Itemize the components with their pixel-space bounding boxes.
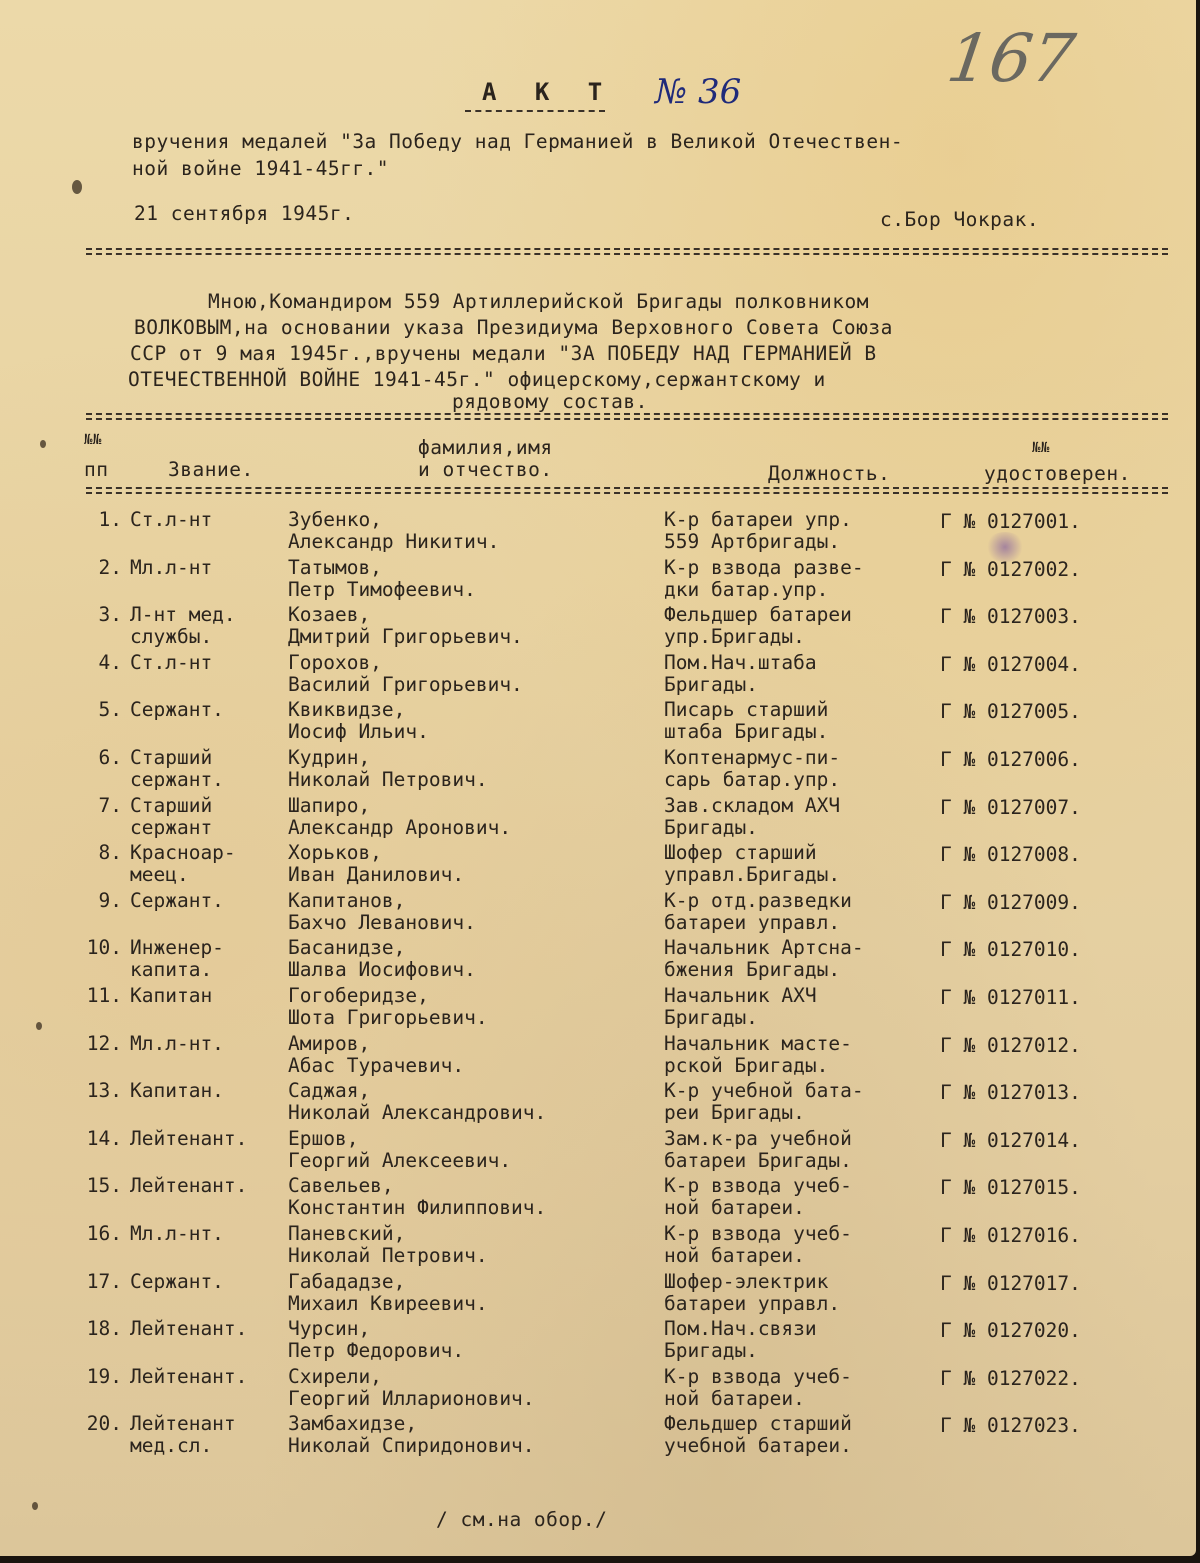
given-names: Николай Александрович. — [288, 1101, 546, 1125]
certificate-number: Г № 0127011. — [940, 986, 1081, 1010]
row-number: 20. — [80, 1412, 122, 1436]
rank-line-1: Сержант. — [130, 1270, 224, 1294]
position-line-2: Бригады. — [664, 1006, 758, 1030]
ink-stamp-mark — [985, 532, 1025, 562]
punch-mark — [72, 180, 82, 194]
row-number: 1. — [80, 508, 122, 532]
table-row: 9.Сержант.Капитанов,Бахчо Леванович.К-р … — [0, 889, 1196, 937]
divider — [86, 413, 1168, 415]
row-number: 15. — [80, 1174, 122, 1198]
table-row: 4.Ст.л-нтГорохов,Василий Григорьевич.Пом… — [0, 651, 1196, 699]
given-names: Иван Данилович. — [288, 863, 464, 887]
row-number: 17. — [80, 1270, 122, 1294]
position-line-1: К-р взвода учеб- — [664, 1365, 852, 1389]
table-row: 14.Лейтенант.Ершов,Георгий Алексеевич.За… — [0, 1127, 1196, 1175]
row-number: 4. — [80, 651, 122, 675]
given-names: Абас Турачевич. — [288, 1054, 464, 1078]
given-names: Николай Петрович. — [288, 768, 488, 792]
surname: Квиквидзе, — [288, 698, 405, 722]
row-number: 3. — [80, 603, 122, 627]
certificate-number: Г № 0127008. — [940, 843, 1081, 867]
position-line-2: реи Бригады. — [664, 1101, 805, 1125]
row-number: 5. — [80, 698, 122, 722]
body-line: рядовому состав. — [452, 390, 648, 413]
table-row: 3.Л-нт мед.службы.Козаев,Дмитрий Григорь… — [0, 603, 1196, 651]
position-line-1: Коптенармус-пи- — [664, 746, 840, 770]
surname: Капитанов, — [288, 889, 405, 913]
rank-line-1: Лейтенант — [130, 1412, 236, 1436]
position-line-1: Шофер старший — [664, 841, 817, 865]
position-line-2: батареи управл. — [664, 911, 840, 935]
body-line: Мною,Командиром 559 Артиллерийской Брига… — [208, 290, 869, 313]
table-row: 11.КапитанГогоберидзе,Шота Григорьевич.Н… — [0, 984, 1196, 1032]
rank-line-1: Красноар- — [130, 841, 236, 865]
given-names: Георгий Илларионович. — [288, 1387, 535, 1411]
position-line-2: штаба Бригады. — [664, 720, 828, 744]
rank-line-2: сержант. — [130, 768, 224, 792]
certificate-number: Г № 0127004. — [940, 653, 1081, 677]
position-line-1: К-р учебной бата- — [664, 1079, 864, 1103]
position-line-2: упр.Бригады. — [664, 625, 805, 649]
rank-line-1: Лейтенант. — [130, 1317, 247, 1341]
position-line-1: К-р батареи упр. — [664, 508, 852, 532]
rank-line-1: Лейтенант. — [130, 1365, 247, 1389]
row-number: 12. — [80, 1032, 122, 1056]
given-names: Дмитрий Григорьевич. — [288, 625, 523, 649]
divider — [86, 487, 1168, 489]
body-line: ССР от 9 мая 1945г.,вручены медали "ЗА П… — [130, 342, 877, 365]
document-sheet: 167 А К Т № 36 вручения медалей "За Побе… — [0, 0, 1196, 1556]
row-number: 14. — [80, 1127, 122, 1151]
given-names: Константин Филиппович. — [288, 1196, 546, 1220]
document-place: с.Бор Чокрак. — [880, 208, 1039, 231]
position-line-1: Начальник Артсна- — [664, 936, 864, 960]
table-row: 13.Капитан.Саджая,Николай Александрович.… — [0, 1079, 1196, 1127]
given-names: Михаил Квиреевич. — [288, 1292, 488, 1316]
certificate-number: Г № 0127005. — [940, 700, 1081, 724]
row-number: 9. — [80, 889, 122, 913]
position-line-1: Писарь старший — [664, 698, 828, 722]
rank-line-1: Старший — [130, 746, 212, 770]
rank-line-2: мед.сл. — [130, 1434, 212, 1458]
rank-line-1: Мл.л-нт. — [130, 1222, 224, 1246]
position-line-2: ной батареи. — [664, 1196, 805, 1220]
certificate-number: Г № 0127013. — [940, 1081, 1081, 1105]
given-names: Георгий Алексеевич. — [288, 1149, 511, 1173]
given-names: Александр Никитич. — [288, 530, 499, 554]
surname: Габададзе, — [288, 1270, 405, 1294]
position-line-1: Начальник масте- — [664, 1032, 852, 1056]
table-row: 7.СтаршийсержантШапиро,Александр Аронови… — [0, 794, 1196, 842]
given-names: Василий Григорьевич. — [288, 673, 523, 697]
certificate-number: Г № 0127006. — [940, 748, 1081, 772]
header-num-bottom: пп — [84, 458, 108, 481]
given-names: Иосиф Ильич. — [288, 720, 429, 744]
position-line-2: батареи управл. — [664, 1292, 840, 1316]
given-names: Петр Тимофеевич. — [288, 578, 476, 602]
certificate-number: Г № 0127015. — [940, 1176, 1081, 1200]
table-row: 5.Сержант.Квиквидзе,Иосиф Ильич.Писарь с… — [0, 698, 1196, 746]
table-row: 19.Лейтенант.Схирели,Георгий Илларионови… — [0, 1365, 1196, 1413]
table-row: 10.Инженер-капита.Басанидзе,Шалва Иосифо… — [0, 936, 1196, 984]
surname: Шапиро, — [288, 794, 370, 818]
row-number: 7. — [80, 794, 122, 818]
rank-line-1: Сержант. — [130, 889, 224, 913]
certificate-number: Г № 0127007. — [940, 796, 1081, 820]
table-row: 8.Красноар-меец.Хорьков,Иван Данилович.Ш… — [0, 841, 1196, 889]
rank-line-2: меец. — [130, 863, 189, 887]
table-row: 2.Мл.л-нтТатымов,Петр Тимофеевич.К-р взв… — [0, 556, 1196, 604]
surname: Зубенко, — [288, 508, 382, 532]
certificate-number: Г № 0127014. — [940, 1129, 1081, 1153]
table-row: 20.Лейтенантмед.сл.Замбахидзе,Николай Сп… — [0, 1412, 1196, 1460]
position-line-2: бжения Бригады. — [664, 958, 840, 982]
position-line-2: Бригады. — [664, 673, 758, 697]
surname: Татымов, — [288, 556, 382, 580]
position-line-1: Начальник АХЧ — [664, 984, 817, 1008]
given-names: Александр Аронович. — [288, 816, 511, 840]
rank-line-1: Ст.л-нт — [130, 651, 212, 675]
table-row: 12.Мл.л-нт.Амиров,Абас Турачевич.Начальн… — [0, 1032, 1196, 1080]
certificate-number: Г № 0127001. — [940, 510, 1081, 534]
certificate-number: Г № 0127012. — [940, 1034, 1081, 1058]
body-line: ВОЛКОВЫМ,на основании указа Президиума В… — [134, 316, 893, 339]
punch-mark — [40, 440, 46, 448]
surname: Ершов, — [288, 1127, 358, 1151]
certificate-number: Г № 0127023. — [940, 1414, 1081, 1438]
position-line-1: Зам.к-ра учебной — [664, 1127, 852, 1151]
table-row: 16.Мл.л-нт.Паневский,Николай Петрович.К-… — [0, 1222, 1196, 1270]
row-number: 18. — [80, 1317, 122, 1341]
rank-line-1: Старший — [130, 794, 212, 818]
given-names: Николай Петрович. — [288, 1244, 488, 1268]
given-names: Николай Спиридонович. — [288, 1434, 535, 1458]
given-names: Петр Федорович. — [288, 1339, 464, 1363]
rank-line-1: Капитан — [130, 984, 212, 1008]
surname: Горохов, — [288, 651, 382, 675]
rank-line-2: капита. — [130, 958, 212, 982]
rank-line-1: Мл.л-нт. — [130, 1032, 224, 1056]
act-number-handwritten: № 36 — [655, 72, 741, 112]
row-number: 6. — [80, 746, 122, 770]
header-cert-bottom: удостоверен. — [984, 462, 1131, 485]
surname: Паневский, — [288, 1222, 405, 1246]
header-name-top: фамилия,имя — [418, 436, 553, 459]
certificate-number: Г № 0127010. — [940, 938, 1081, 962]
body-line: ОТЕЧЕСТВЕННОЙ ВОЙНЕ 1941-45г." офицерско… — [128, 368, 826, 391]
position-line-2: учебной батареи. — [664, 1434, 852, 1458]
rank-line-1: Сержант. — [130, 698, 224, 722]
surname: Козаев, — [288, 603, 370, 627]
position-line-2: сарь батар.упр. — [664, 768, 840, 792]
given-names: Бахчо Леванович. — [288, 911, 476, 935]
surname: Саджая, — [288, 1079, 370, 1103]
position-line-1: Пом.Нач.связи — [664, 1317, 817, 1341]
row-number: 10. — [80, 936, 122, 960]
rank-line-1: Л-нт мед. — [130, 603, 236, 627]
given-names: Шалва Иосифович. — [288, 958, 476, 982]
table-row: 17.Сержант.Габададзе,Михаил Квиреевич.Шо… — [0, 1270, 1196, 1318]
certificate-number: Г № 0127003. — [940, 605, 1081, 629]
surname: Чурсин, — [288, 1317, 370, 1341]
row-number: 13. — [80, 1079, 122, 1103]
position-line-2: дки батар.упр. — [664, 578, 828, 602]
position-line-1: К-р отд.разведки — [664, 889, 852, 913]
surname: Замбахидзе, — [288, 1412, 417, 1436]
position-line-1: Фельдшер батареи — [664, 603, 852, 627]
position-line-1: К-р взвода учеб- — [664, 1222, 852, 1246]
subtitle-line-2: ной войне 1941-45гг." — [132, 157, 389, 180]
document-date: 21 сентября 1945г. — [134, 202, 354, 225]
header-cert-top: №№ — [1032, 440, 1050, 456]
position-line-2: 559 Артбригады. — [664, 530, 840, 554]
row-number: 8. — [80, 841, 122, 865]
position-line-2: рской Бригады. — [664, 1054, 828, 1078]
given-names: Шота Григорьевич. — [288, 1006, 488, 1030]
surname: Схирели, — [288, 1365, 382, 1389]
surname: Гогоберидзе, — [288, 984, 429, 1008]
row-number: 16. — [80, 1222, 122, 1246]
table-row: 18.Лейтенант.Чурсин,Петр Федорович.Пом.Н… — [0, 1317, 1196, 1365]
rank-line-1: Лейтенант. — [130, 1174, 247, 1198]
surname: Савельев, — [288, 1174, 394, 1198]
punch-mark — [32, 1502, 38, 1510]
rank-line-1: Капитан. — [130, 1079, 224, 1103]
divider — [86, 248, 1168, 250]
rank-line-2: сержант — [130, 816, 212, 840]
row-number: 19. — [80, 1365, 122, 1389]
position-line-2: Бригады. — [664, 1339, 758, 1363]
surname: Хорьков, — [288, 841, 382, 865]
position-line-2: Бригады. — [664, 816, 758, 840]
position-line-2: ной батареи. — [664, 1387, 805, 1411]
title-underline — [465, 110, 605, 112]
position-line-1: Шофер-электрик — [664, 1270, 828, 1294]
document-title: А К Т — [482, 78, 614, 106]
surname: Басанидзе, — [288, 936, 405, 960]
surname: Амиров, — [288, 1032, 370, 1056]
table-row: 6.Старшийсержант.Кудрин,Николай Петрович… — [0, 746, 1196, 794]
certificate-number: Г № 0127020. — [940, 1319, 1081, 1343]
rank-line-1: Ст.л-нт — [130, 508, 212, 532]
position-line-1: Фельдшер старший — [664, 1412, 852, 1436]
position-line-2: управл.Бригады. — [664, 863, 840, 887]
certificate-number: Г № 0127017. — [940, 1272, 1081, 1296]
certificate-number: Г № 0127016. — [940, 1224, 1081, 1248]
header-rank: Звание. — [168, 458, 254, 481]
surname: Кудрин, — [288, 746, 370, 770]
subtitle-line-1: вручения медалей "За Победу над Германие… — [132, 130, 903, 153]
rank-line-1: Инженер- — [130, 936, 224, 960]
rank-line-2: службы. — [130, 625, 212, 649]
row-number: 2. — [80, 556, 122, 580]
position-line-1: Зав.складом АХЧ — [664, 794, 840, 818]
table-row: 15.Лейтенант.Савельев,Константин Филиппо… — [0, 1174, 1196, 1222]
position-line-1: К-р взвода учеб- — [664, 1174, 852, 1198]
see-reverse-note: / см.на обор./ — [436, 1508, 607, 1531]
header-position: Должность. — [768, 462, 890, 485]
certificate-number: Г № 0127022. — [940, 1367, 1081, 1391]
position-line-2: ной батареи. — [664, 1244, 805, 1268]
rank-line-1: Мл.л-нт — [130, 556, 212, 580]
page-number-pencil: 167 — [943, 20, 1080, 97]
header-name-bottom: и отчество. — [418, 458, 553, 481]
position-line-2: батареи Бригады. — [664, 1149, 852, 1173]
certificate-number: Г № 0127009. — [940, 891, 1081, 915]
position-line-1: К-р взвода разве- — [664, 556, 864, 580]
header-num-top: №№ — [84, 432, 102, 448]
row-number: 11. — [80, 984, 122, 1008]
rank-line-1: Лейтенант. — [130, 1127, 247, 1151]
position-line-1: Пом.Нач.штаба — [664, 651, 817, 675]
